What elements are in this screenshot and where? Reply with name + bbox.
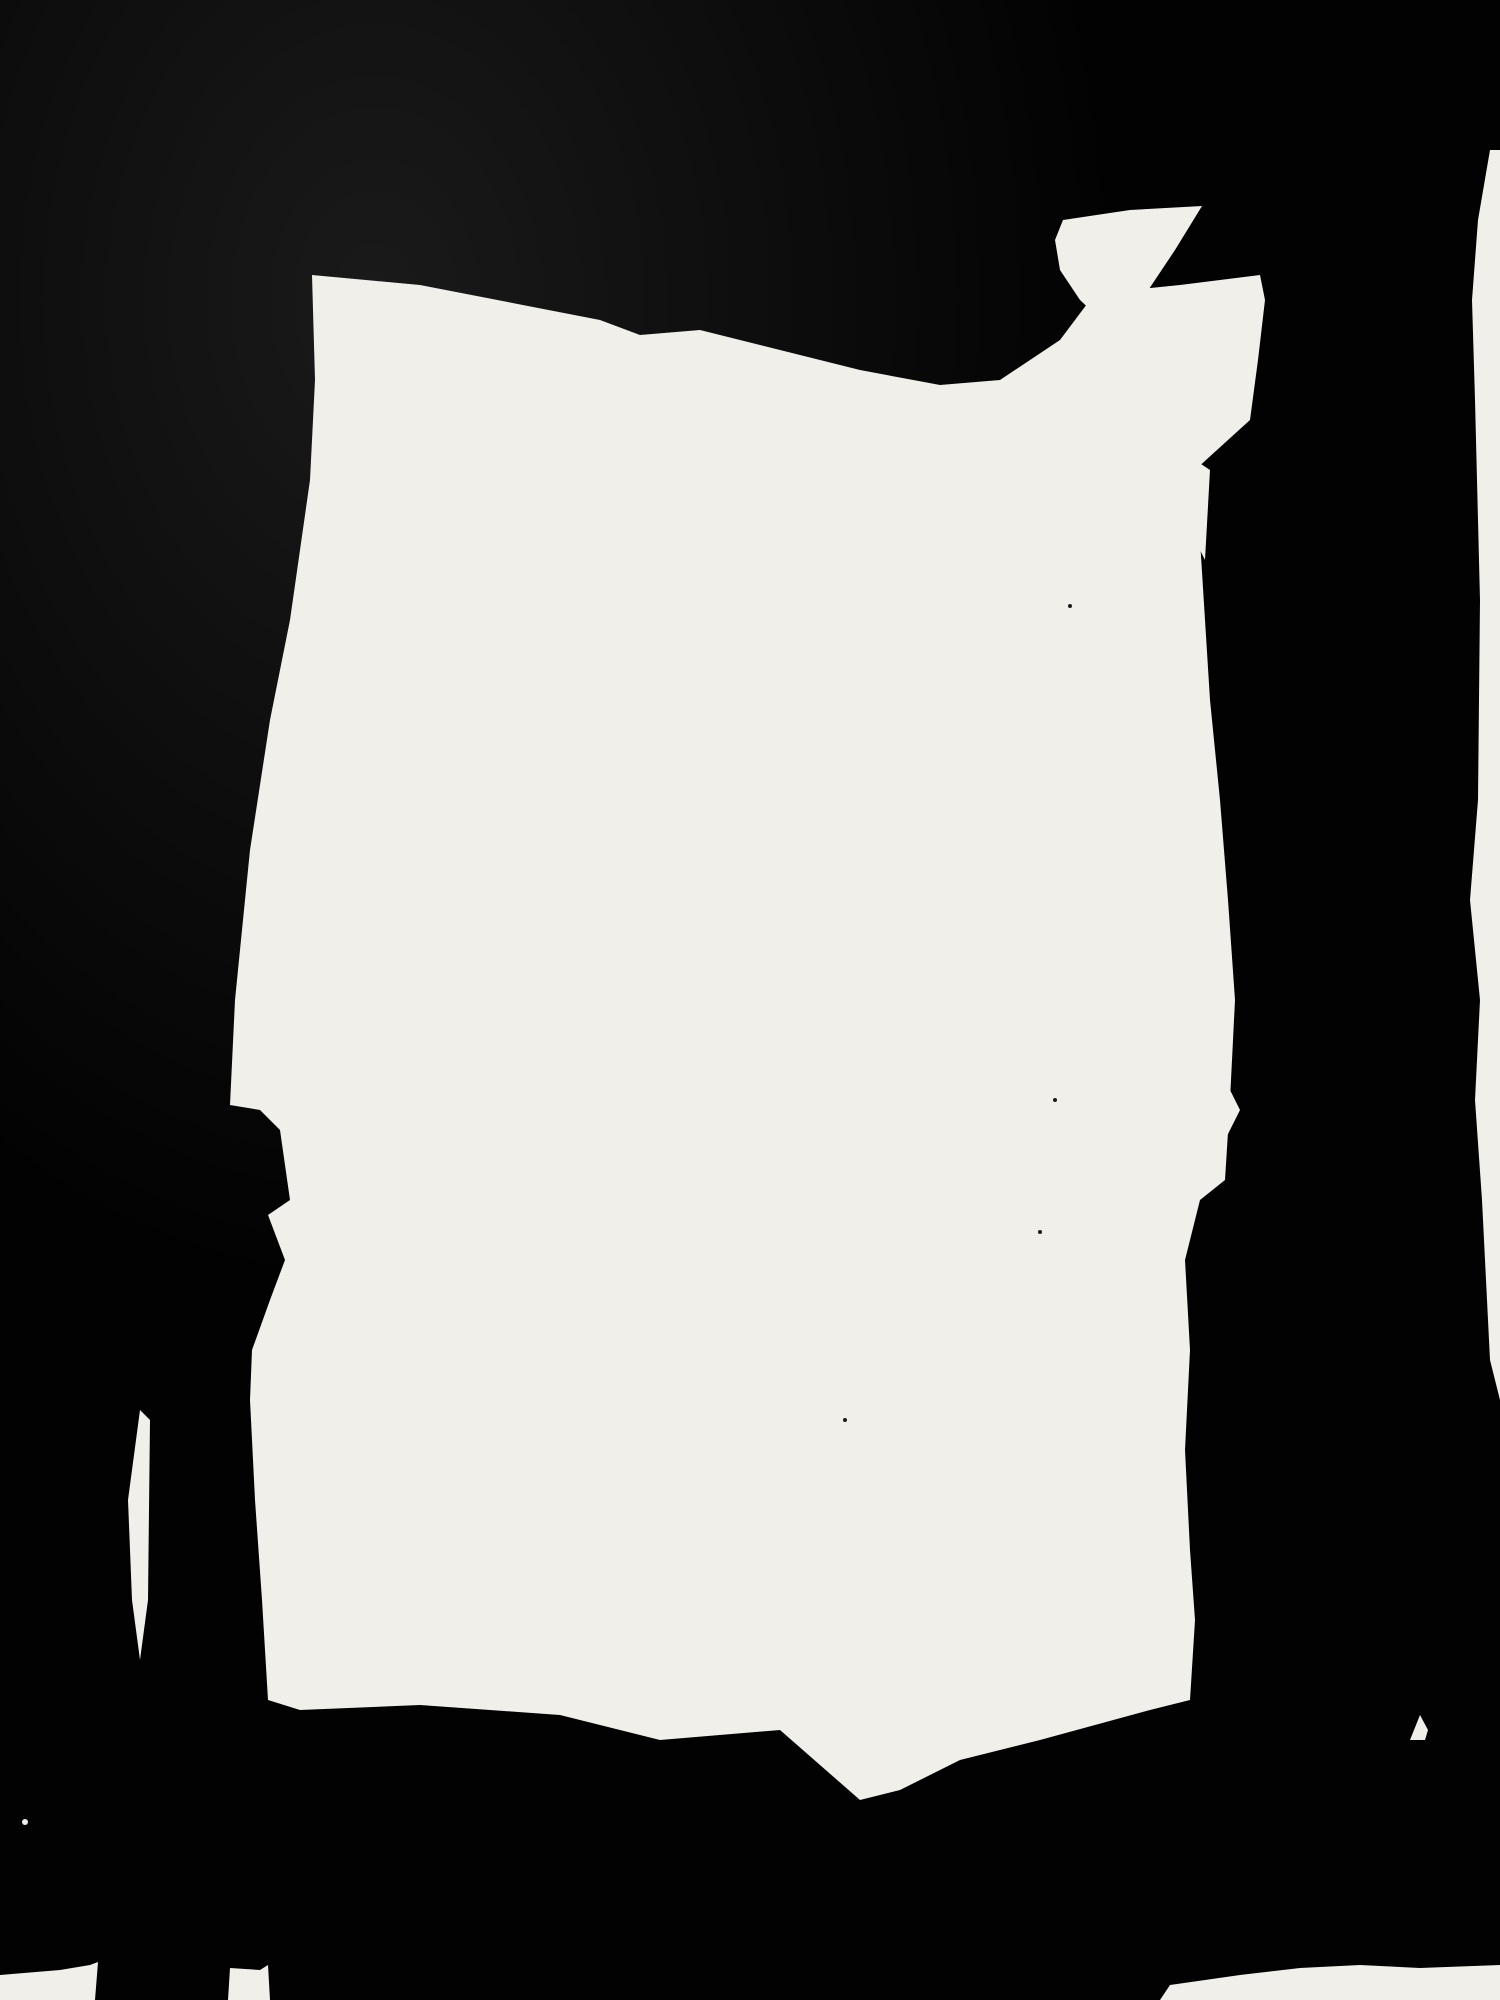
artwork-canvas: Abstract black and white brush painting:… — [0, 0, 1500, 2000]
bottom-middle-stroke — [228, 1965, 270, 2000]
left-dot — [22, 1819, 28, 1825]
main-brushstroke — [230, 275, 1265, 1800]
painting — [0, 0, 1500, 2000]
